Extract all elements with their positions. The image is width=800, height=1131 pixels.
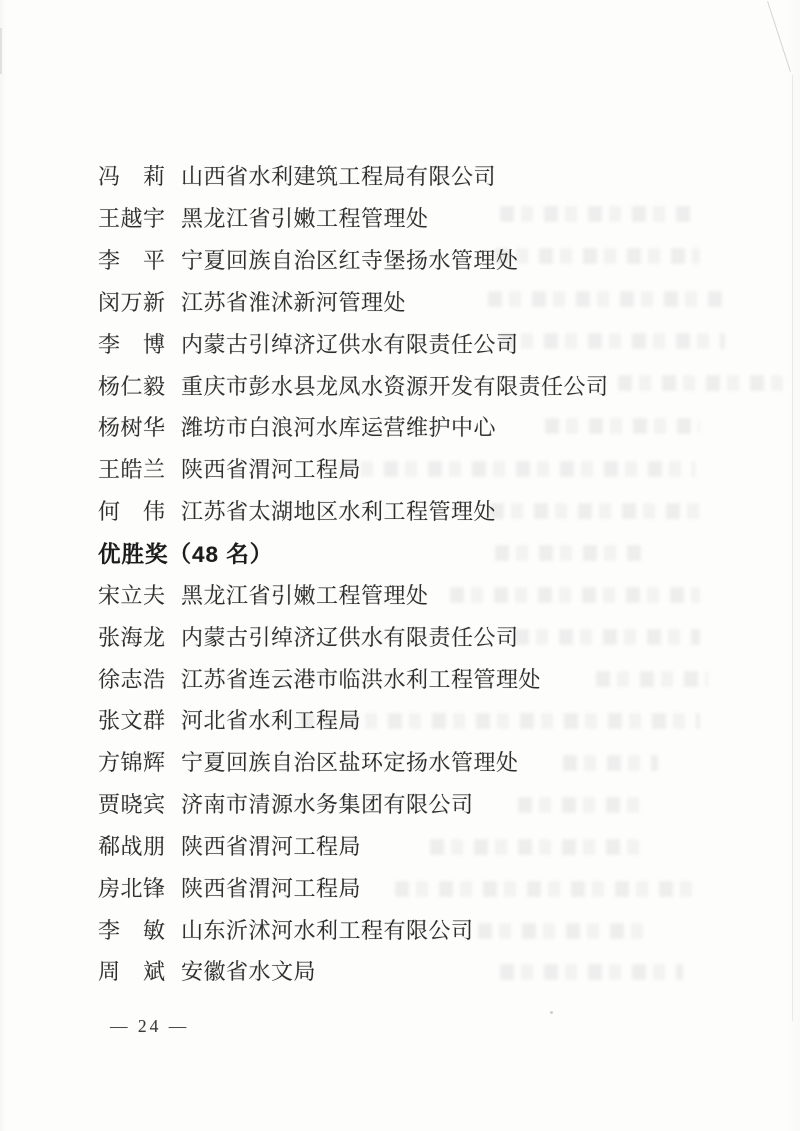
awardee-name: 方锦辉 <box>98 746 166 777</box>
awardee-organization: 宁夏回族自治区红寺堡扬水管理处 <box>181 244 519 275</box>
award-row: 杨树华 潍坊市白浪河水库运营维护中心 <box>98 406 760 448</box>
awardee-name: 宋立夫 <box>98 579 166 610</box>
award-row: 房北锋 陕西省渭河工程局 <box>98 866 760 908</box>
awardee-organization: 陕西省渭河工程局 <box>181 453 361 484</box>
awardee-organization: 陕西省渭河工程局 <box>181 830 361 861</box>
award-row: 王皓兰 陕西省渭河工程局 <box>98 448 760 490</box>
awardee-name: 徐志浩 <box>98 663 166 694</box>
awardee-name: 郗战朋 <box>98 830 166 861</box>
awardee-name: 李 敏 <box>98 914 166 945</box>
awardee-organization: 江苏省淮沭新河管理处 <box>181 286 406 317</box>
award-row: 郗战朋 陕西省渭河工程局 <box>98 825 760 867</box>
awardee-name: 何 伟 <box>98 495 166 526</box>
awardee-name: 杨仁毅 <box>98 370 166 401</box>
award-list-content: 冯 莉 山西省水利建筑工程局有限公司 王越宇 黑龙江省引嫩工程管理处 李 平 宁… <box>98 155 760 992</box>
award-row: 李 博 内蒙古引绰济辽供水有限责任公司 <box>98 322 760 364</box>
awardee-organization: 河北省水利工程局 <box>181 704 361 735</box>
page-number: — 24 — <box>110 1016 189 1037</box>
awardee-name: 周 斌 <box>98 955 166 986</box>
awardee-organization: 宁夏回族自治区盐环定扬水管理处 <box>181 746 519 777</box>
award-row: 李 平 宁夏回族自治区红寺堡扬水管理处 <box>98 239 760 281</box>
awardee-organization: 内蒙古引绰济辽供水有限责任公司 <box>181 328 519 359</box>
awardee-organization: 山东沂沭河水利工程有限公司 <box>181 914 474 945</box>
section-title: 优胜奖（48 名） <box>98 537 273 569</box>
scanned-document-page: 冯 莉 山西省水利建筑工程局有限公司 王越宇 黑龙江省引嫩工程管理处 李 平 宁… <box>0 0 800 1131</box>
awardee-name: 房北锋 <box>98 872 166 903</box>
awardee-name: 杨树华 <box>98 411 166 442</box>
paper-crease <box>767 1 791 72</box>
award-row: 杨仁毅 重庆市彭水县龙凤水资源开发有限责任公司 <box>98 364 760 406</box>
awardee-name: 李 平 <box>98 244 166 275</box>
page-left-edge-mark <box>0 28 2 74</box>
awardee-organization: 安徽省水文局 <box>181 955 316 986</box>
awardee-organization: 潍坊市白浪河水库运营维护中心 <box>181 411 496 442</box>
awardee-name: 闵万新 <box>98 286 166 317</box>
award-row: 张文群 河北省水利工程局 <box>98 699 760 741</box>
awardee-organization: 江苏省太湖地区水利工程管理处 <box>181 495 496 526</box>
award-row: 闵万新 江苏省淮沭新河管理处 <box>98 281 760 323</box>
awardee-name: 王皓兰 <box>98 453 166 484</box>
awardee-organization: 重庆市彭水县龙凤水资源开发有限责任公司 <box>181 370 609 401</box>
awardee-organization: 济南市清源水务集团有限公司 <box>181 788 474 819</box>
awardee-name: 张海龙 <box>98 621 166 652</box>
page-right-edge <box>792 75 793 1021</box>
awardee-organization: 黑龙江省引嫩工程管理处 <box>181 202 429 233</box>
awardee-name: 冯 莉 <box>98 160 166 191</box>
awardee-name: 贾晓宾 <box>98 788 166 819</box>
awardee-organization: 内蒙古引绰济辽供水有限责任公司 <box>181 621 519 652</box>
awardee-organization: 陕西省渭河工程局 <box>181 872 361 903</box>
award-row: 方锦辉 宁夏回族自治区盐环定扬水管理处 <box>98 741 760 783</box>
awardee-organization: 山西省水利建筑工程局有限公司 <box>181 160 496 191</box>
section-heading-winners-prize: 优胜奖（48 名） <box>98 532 760 574</box>
scan-speck <box>550 1011 553 1014</box>
award-row: 李 敏 山东沂沭河水利工程有限公司 <box>98 908 760 950</box>
award-row: 王越宇 黑龙江省引嫩工程管理处 <box>98 197 760 239</box>
awardee-organization: 江苏省连云港市临洪水利工程管理处 <box>181 663 541 694</box>
awardee-name: 王越宇 <box>98 202 166 233</box>
award-row: 宋立夫 黑龙江省引嫩工程管理处 <box>98 573 760 615</box>
award-row: 徐志浩 江苏省连云港市临洪水利工程管理处 <box>98 657 760 699</box>
awardee-name: 李 博 <box>98 328 166 359</box>
award-row: 贾晓宾 济南市清源水务集团有限公司 <box>98 783 760 825</box>
award-row: 何 伟 江苏省太湖地区水利工程管理处 <box>98 490 760 532</box>
award-row: 周 斌 安徽省水文局 <box>98 950 760 992</box>
award-row: 冯 莉 山西省水利建筑工程局有限公司 <box>98 155 760 197</box>
awardee-name: 张文群 <box>98 704 166 735</box>
awardee-organization: 黑龙江省引嫩工程管理处 <box>181 579 429 610</box>
award-row: 张海龙 内蒙古引绰济辽供水有限责任公司 <box>98 615 760 657</box>
